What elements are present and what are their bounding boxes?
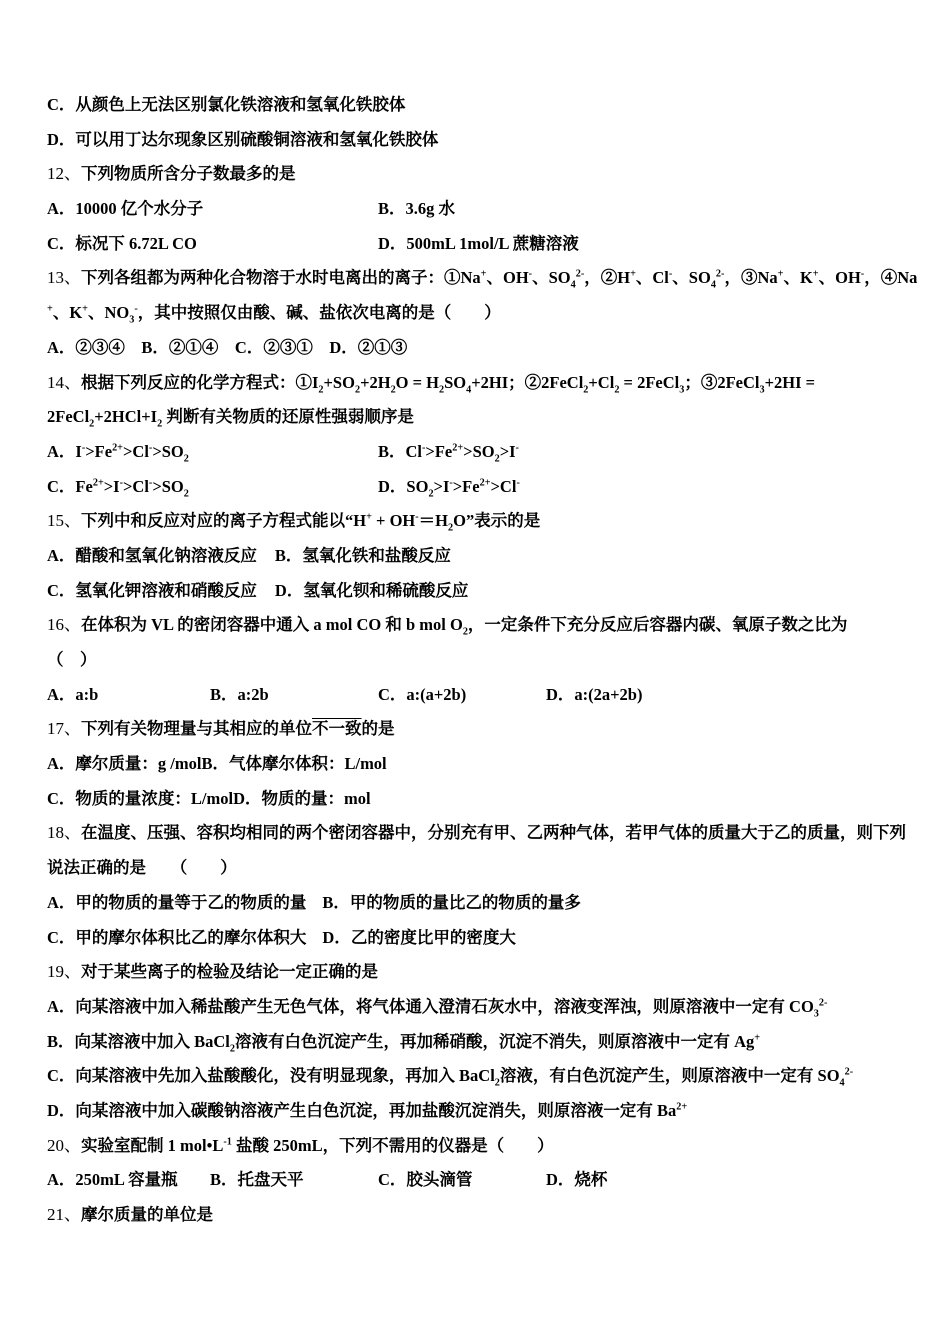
q17-option-c: C．物质的量浓度：L/mol [47,782,233,817]
q21-number: 21、 [47,1205,81,1224]
q17-options-cd: C．物质的量浓度：L/molD．物质的量：mol [47,782,927,817]
q14-stem-line2: 2FeCl2+2HCl+I2 判断有关物质的还原性强弱顺序是 [47,400,927,435]
q18-option-d: D．乙的密度比甲的密度大 [322,928,515,947]
q17-stem-emphasis: 不一致 [312,719,362,738]
q19-option-d-text: D．向某溶液中加入碳酸钠溶液产生白色沉淀，再加盐酸沉淀消失，则原溶液一定有 Ba… [47,1101,687,1120]
q14-stem-line1: 14、根据下列反应的化学方程式：①I2+SO2+2H2O = H2SO4+2HI… [47,366,927,401]
q21-stem-text: 摩尔质量的单位是 [81,1205,213,1224]
q21-stem: 21、摩尔质量的单位是 [47,1198,927,1233]
q20-option-d: D．烧杯 [546,1170,607,1189]
q20-option-b: B．托盘天平 [210,1163,378,1198]
q14-option-d: D．SO2>I->Fe2+>Cl- [378,477,520,496]
q19-option-b-text: B．向某溶液中加入 BaCl2溶液有白色沉淀产生，再加稀硝酸，沉淀不消失，则原溶… [47,1032,760,1051]
q12-option-b: B．3.6g 水 [378,199,455,218]
q20-stem-text: 实验室配制 1 mol•L-1 盐酸 250mL，下列不需用的仪器是（ ） [81,1136,554,1155]
q20-option-c: C．胶头滴管 [378,1163,546,1198]
q12-stem-text: 下列物质所含分子数最多的是 [81,164,296,183]
q16-option-d: D．a:(2a+2b) [546,685,642,704]
q20-number: 20、 [47,1136,81,1155]
q13-options: A．②③④ B．②①④ C．②③① D．②①③ [47,331,927,366]
q17-stem-prefix: 下列有关物理量与其相应的单位 [81,719,312,738]
q16-stem-line2: （ ） [47,643,927,678]
q13-number: 13、 [47,268,81,287]
q15-number: 15、 [47,511,81,530]
q19-option-a: A．向某溶液中加入稀盐酸产生无色气体，将气体通入澄清石灰水中，溶液变浑浊，则原溶… [47,990,927,1025]
q19-number: 19、 [47,962,81,981]
q18-options-ab: A．甲的物质的量等于乙的物质的量B．甲的物质的量比乙的物质的量多 [47,886,927,921]
q15-option-c: C．氢氧化钾溶液和硝酸反应 [47,574,257,609]
q16-option-c: C．a:(a+2b) [378,678,546,713]
q18-stem-text-2: 说法正确的是 （ ） [47,858,237,877]
q12-option-d: D．500mL 1mol/L 蔗糖溶液 [378,234,579,253]
q14-option-a: A．I->Fe2+>Cl->SO2 [47,435,378,470]
q17-options-ab: A．摩尔质量：g /molB．气体摩尔体积：L/mol [47,747,927,782]
q19-option-d: D．向某溶液中加入碳酸钠溶液产生白色沉淀，再加盐酸沉淀消失，则原溶液一定有 Ba… [47,1094,927,1129]
q18-number: 18、 [47,823,81,842]
q15-options-ab: A．醋酸和氢氧化钠溶液反应B．氢氧化铁和盐酸反应 [47,539,927,574]
q19-stem: 19、对于某些离子的检验及结论一定正确的是 [47,955,927,990]
q16-options: A．a:bB．a:2bC．a:(a+2b)D．a:(2a+2b) [47,678,927,713]
q18-option-a: A．甲的物质的量等于乙的物质的量 [47,886,306,921]
q14-number: 14、 [47,373,81,392]
q11-option-d: D．可以用丁达尔现象区别硫酸铜溶液和氢氧化铁胶体 [47,123,927,158]
q13-stem-line2: +、K+、NO3-，其中按照仅由酸、碱、盐依次电离的是（ ） [47,296,927,331]
q16-stem-line1: 16、在体积为 VL 的密闭容器中通入 a mol CO 和 b mol O2，… [47,608,927,643]
q16-option-a: A．a:b [47,678,210,713]
q17-number: 17、 [47,719,81,738]
q12-option-c: C．标况下 6.72L CO [47,227,378,262]
q16-stem-text-1: 在体积为 VL 的密闭容器中通入 a mol CO 和 b mol O2，一定条… [81,615,847,634]
q19-option-c-text: C．向某溶液中先加入盐酸酸化，没有明显现象，再加入 BaCl2溶液，有白色沉淀产… [47,1066,853,1085]
q15-option-d: D．氢氧化钡和稀硫酸反应 [275,581,468,600]
q14-options-cd: C．Fe2+>I->Cl->SO2D．SO2>I->Fe2+>Cl- [47,470,927,505]
q12-options-ab: A．10000 亿个水分子B．3.6g 水 [47,192,927,227]
q14-stem-text-2: 2FeCl2+2HCl+I2 判断有关物质的还原性强弱顺序是 [47,407,414,426]
q12-options-cd: C．标况下 6.72L COD．500mL 1mol/L 蔗糖溶液 [47,227,927,262]
q17-option-d: D．物质的量：mol [233,789,371,808]
q18-option-c: C．甲的摩尔体积比乙的摩尔体积大 [47,921,306,956]
q15-option-b: B．氢氧化铁和盐酸反应 [275,546,451,565]
q19-option-a-text: A．向某溶液中加入稀盐酸产生无色气体，将气体通入澄清石灰水中，溶液变浑浊，则原溶… [47,997,827,1016]
q16-stem-text-2: （ ） [47,650,97,669]
q19-option-c: C．向某溶液中先加入盐酸酸化，没有明显现象，再加入 BaCl2溶液，有白色沉淀产… [47,1059,927,1094]
exam-page: C．从颜色上无法区别氯化铁溶液和氢氧化铁胶体 D．可以用丁达尔现象区别硫酸铜溶液… [47,88,927,1233]
q15-stem: 15、下列中和反应对应的离子方程式能以“H+ + OH-＝H2O”表示的是 [47,504,927,539]
q13-stem-text-2: +、K+、NO3-，其中按照仅由酸、碱、盐依次电离的是（ ） [47,303,501,322]
q19-stem-text: 对于某些离子的检验及结论一定正确的是 [81,962,378,981]
q18-option-b: B．甲的物质的量比乙的物质的量多 [322,893,581,912]
q13-stem-line1: 13、下列各组都为两种化合物溶于水时电离出的离子：①Na+、OH-、SO42-，… [47,261,927,296]
q17-option-a: A．摩尔质量：g /mol [47,747,201,782]
q18-stem-line2: 说法正确的是 （ ） [47,851,927,886]
q14-option-b: B．Cl->Fe2+>SO2>I- [378,442,519,461]
q14-options-ab: A．I->Fe2+>Cl->SO2B．Cl->Fe2+>SO2>I- [47,435,927,470]
q14-option-c: C．Fe2+>I->Cl->SO2 [47,470,378,505]
q18-stem-line1: 18、在温度、压强、容积均相同的两个密闭容器中，分别充有甲、乙两种气体，若甲气体… [47,816,927,851]
q15-stem-text: 下列中和反应对应的离子方程式能以“H+ + OH-＝H2O”表示的是 [81,511,540,530]
q13-stem-text-1: 下列各组都为两种化合物溶于水时电离出的离子：①Na+、OH-、SO42-，②H+… [81,268,917,287]
q17-stem: 17、下列有关物理量与其相应的单位不一致的是 [47,712,927,747]
q18-options-cd: C．甲的摩尔体积比乙的摩尔体积大D．乙的密度比甲的密度大 [47,921,927,956]
q20-stem: 20、实验室配制 1 mol•L-1 盐酸 250mL，下列不需用的仪器是（ ） [47,1129,927,1164]
q17-stem-suffix: 的是 [362,719,395,738]
q15-option-a: A．醋酸和氢氧化钠溶液反应 [47,539,257,574]
q12-stem: 12、下列物质所含分子数最多的是 [47,157,927,192]
q13-options-text: A．②③④ B．②①④ C．②③① D．②①③ [47,338,407,357]
q19-option-b: B．向某溶液中加入 BaCl2溶液有白色沉淀产生，再加稀硝酸，沉淀不消失，则原溶… [47,1025,927,1060]
q20-options: A．250mL 容量瓶B．托盘天平C．胶头滴管D．烧杯 [47,1163,927,1198]
q16-number: 16、 [47,615,81,634]
q11-option-c: C．从颜色上无法区别氯化铁溶液和氢氧化铁胶体 [47,88,927,123]
q15-options-cd: C．氢氧化钾溶液和硝酸反应D．氢氧化钡和稀硫酸反应 [47,574,927,609]
q12-number: 12、 [47,164,81,183]
q20-option-a: A．250mL 容量瓶 [47,1163,210,1198]
q12-option-a: A．10000 亿个水分子 [47,192,378,227]
q17-option-b: B．气体摩尔体积：L/mol [201,754,386,773]
q14-stem-text-1: 根据下列反应的化学方程式：①I2+SO2+2H2O = H2SO4+2HI；②2… [81,373,815,392]
q16-option-b: B．a:2b [210,678,378,713]
q18-stem-text-1: 在温度、压强、容积均相同的两个密闭容器中，分别充有甲、乙两种气体，若甲气体的质量… [81,823,906,842]
